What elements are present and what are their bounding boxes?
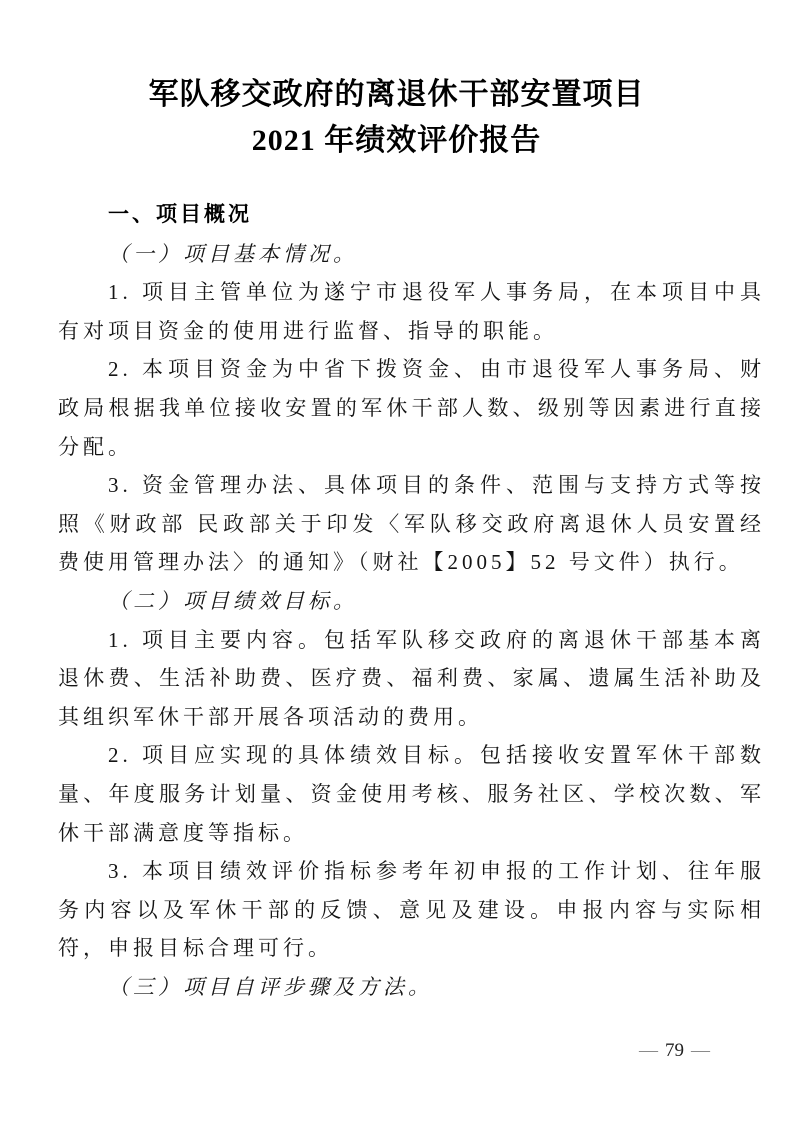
document-page: 军队移交政府的离退休干部安置项目 2021 年绩效评价报告 一、项目概况 （一）…: [0, 0, 793, 1122]
report-title-line1: 军队移交政府的离退休干部安置项目: [0, 72, 793, 118]
paragraph-basic-info-2: 2. 本项目资金为中省下拨资金、由市退役军人事务局、财政局根据我单位接收安置的军…: [58, 350, 765, 466]
subsection-heading-basic-info: （一）项目基本情况。: [58, 235, 765, 274]
paragraph-basic-info-1: 1. 项目主管单位为遂宁市退役军人事务局，在本项目中具有对项目资金的使用进行监督…: [58, 273, 765, 350]
paragraph-performance-goals-3: 3. 本项目绩效评价指标参考年初申报的工作计划、往年服务内容以及军休干部的反馈、…: [58, 852, 765, 968]
document-body: 一、项目概况 （一）项目基本情况。 1. 项目主管单位为遂宁市退役军人事务局，在…: [58, 196, 765, 1006]
paragraph-performance-goals-1: 1. 项目主要内容。包括军队移交政府的离退休干部基本离退休费、生活补助费、医疗费…: [58, 621, 765, 737]
paragraph-basic-info-3: 3. 资金管理办法、具体项目的条件、范围与支持方式等按照《财政部 民政部关于印发…: [58, 466, 765, 582]
report-title: 军队移交政府的离退休干部安置项目 2021 年绩效评价报告: [0, 72, 793, 164]
page-number: —79—: [632, 1040, 717, 1062]
paragraph-performance-goals-2: 2. 项目应实现的具体绩效目标。包括接收安置军休干部数量、年度服务计划量、资金使…: [58, 736, 765, 852]
section-heading-overview: 一、项目概况: [58, 196, 765, 235]
page-number-value: 79: [665, 1040, 684, 1061]
report-title-line2: 2021 年绩效评价报告: [0, 118, 793, 164]
page-number-dash-right: —: [684, 1040, 717, 1061]
subsection-heading-self-evaluation-method: （三）项目自评步骤及方法。: [58, 968, 765, 1007]
page-number-dash-left: —: [632, 1040, 665, 1061]
subsection-heading-performance-goals: （二）项目绩效目标。: [58, 582, 765, 621]
